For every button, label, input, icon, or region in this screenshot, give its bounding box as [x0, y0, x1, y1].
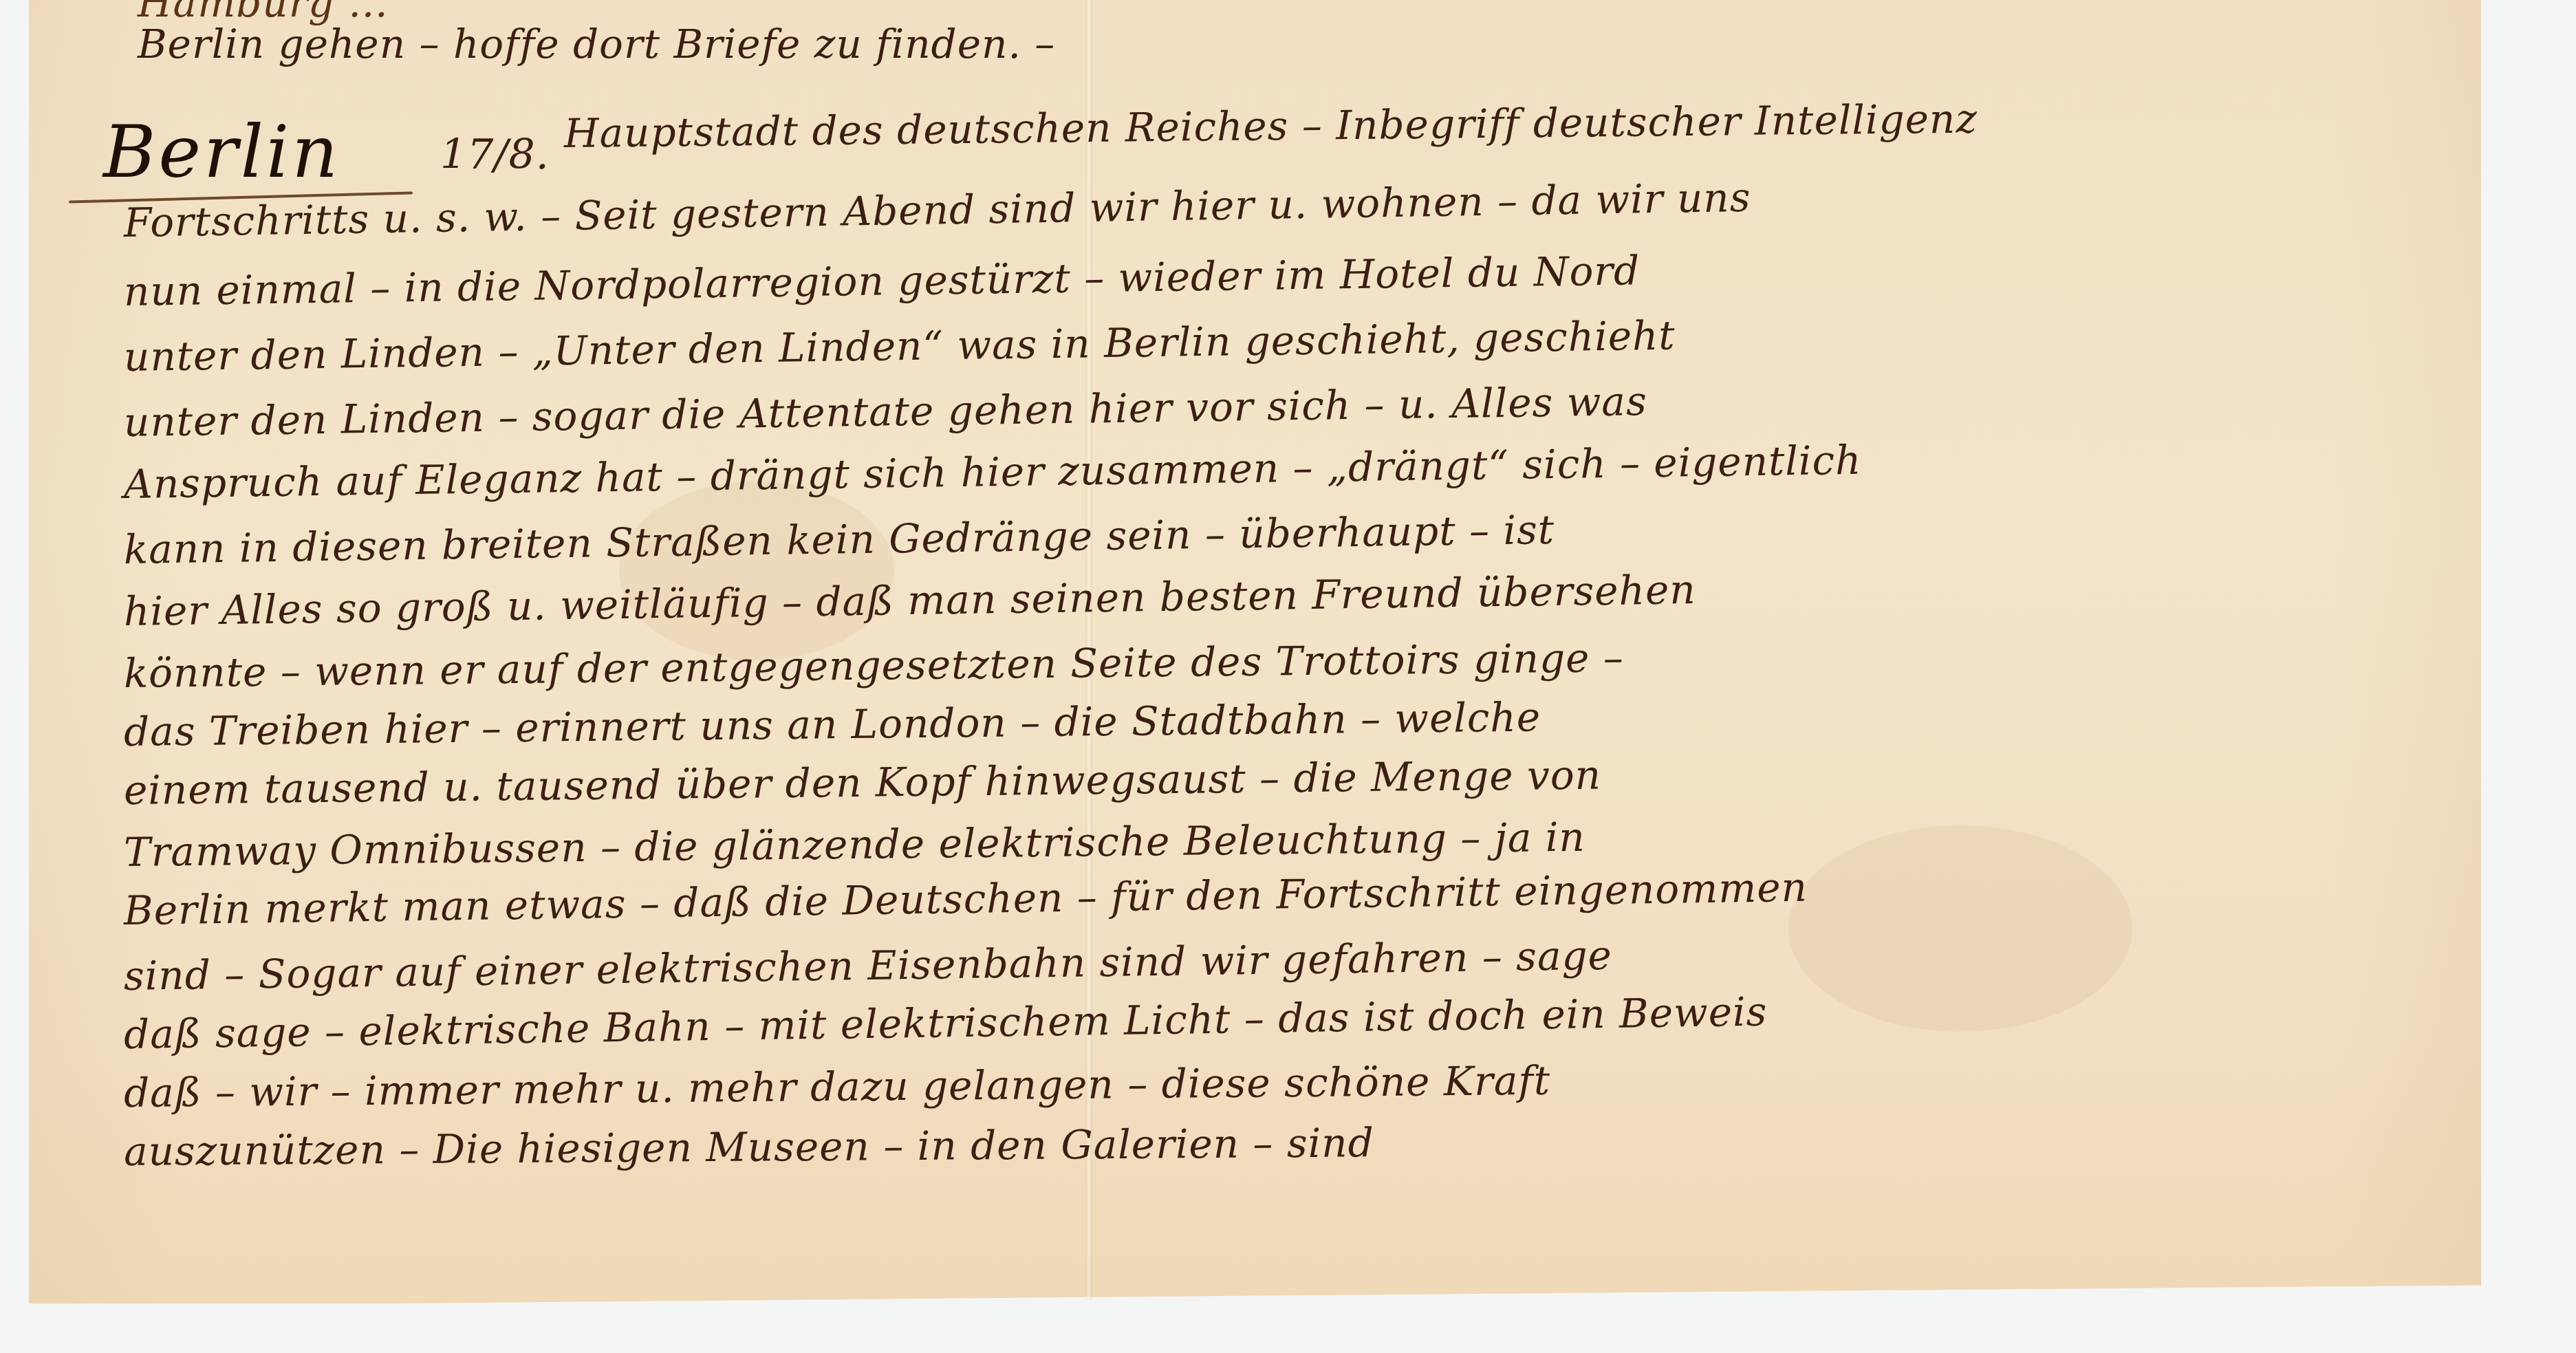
letter-heading-city: Berlin: [103, 110, 340, 194]
paper-stain: [619, 481, 894, 660]
letter-line-1: Berlin gehen – hoffe dort Briefe zu find…: [138, 21, 1055, 67]
paper-stain: [1788, 825, 2132, 1032]
letter-date: 17/8.: [440, 131, 550, 179]
letter-line-18: auszunützen – Die hiesigen Museen – in d…: [124, 1119, 1374, 1175]
